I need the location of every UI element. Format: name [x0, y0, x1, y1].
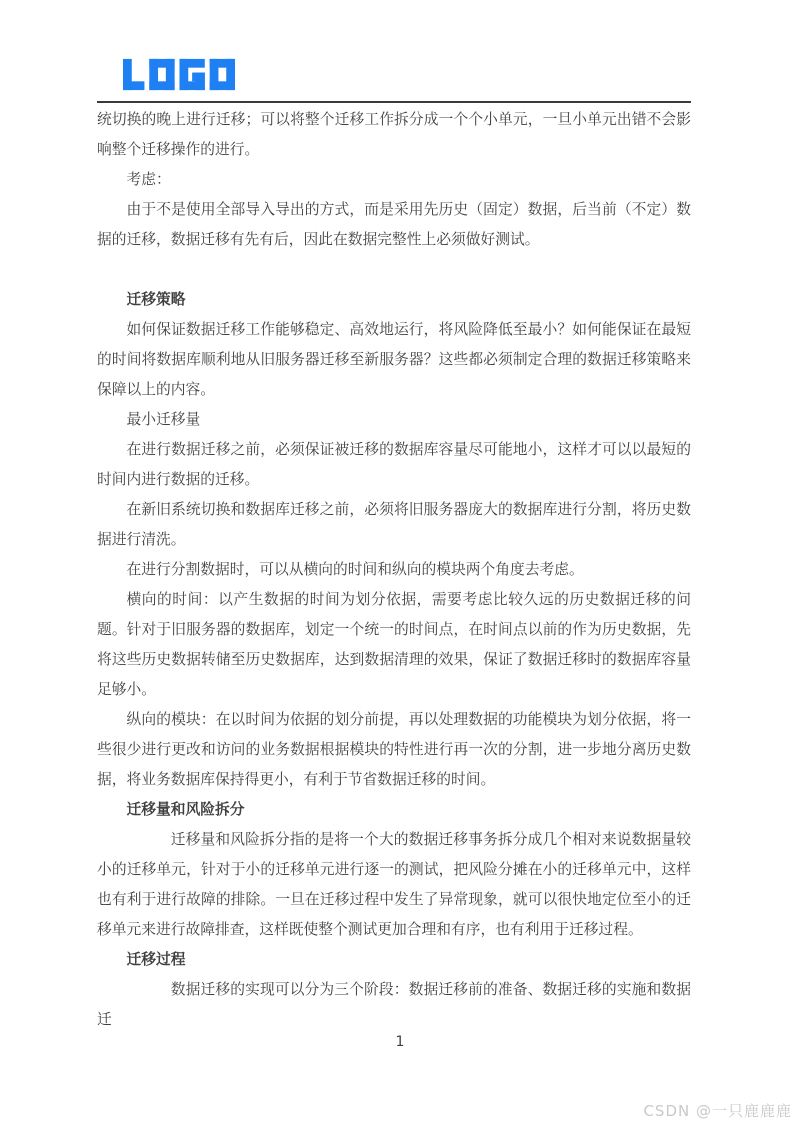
paragraph: 数据迁移的实现可以分为三个阶段：数据迁移前的准备、数据迁移的实施和数据迁	[97, 975, 691, 1035]
paragraph: 在新旧系统切换和数据库迁移之前，必须将旧服务器庞大的数据库进行分割，将历史数据进…	[97, 495, 691, 555]
section-heading: 迁移过程	[97, 945, 691, 975]
paragraph: 由于不是使用全部导入导出的方式，而是采用先历史（固定）数据，后当前（不定）数据的…	[97, 195, 691, 255]
logo	[123, 58, 691, 98]
paragraph: 在进行数据迁移之前，必须保证被迁移的数据库容量尽可能地小，这样才可以以最短的时间…	[97, 435, 691, 495]
section-heading: 迁移量和风险拆分	[97, 795, 691, 825]
document-page: 统切换的晚上进行迁移；可以将整个迁移工作拆分成一个个小单元，一旦小单元出错不会影…	[0, 0, 800, 1132]
document-body: 统切换的晚上进行迁移；可以将整个迁移工作拆分成一个个小单元，一旦小单元出错不会影…	[97, 105, 691, 1035]
logo-graphic	[123, 58, 235, 91]
page-number: 1	[0, 1030, 800, 1054]
paragraph: 纵向的模块：在以时间为依据的划分前提，再以处理数据的功能模块为划分依据，将一些很…	[97, 705, 691, 795]
paragraph: 统切换的晚上进行迁移；可以将整个迁移工作拆分成一个个小单元，一旦小单元出错不会影…	[97, 105, 691, 165]
paragraph: 最小迁移量	[97, 405, 691, 435]
blank-line	[97, 255, 691, 285]
paragraph: 迁移量和风险拆分指的是将一个大的数据迁移事务拆分成几个相对来说数据量较小的迁移单…	[97, 825, 691, 945]
header-rule	[97, 101, 691, 103]
page-content: 统切换的晚上进行迁移；可以将整个迁移工作拆分成一个个小单元，一旦小单元出错不会影…	[97, 58, 691, 1035]
paragraph: 在进行分割数据时，可以从横向的时间和纵向的模块两个角度去考虑。	[97, 555, 691, 585]
section-heading: 迁移策略	[97, 285, 691, 315]
paragraph: 横向的时间：以产生数据的时间为划分依据，需要考虑比较久远的历史数据迁移的问题。针…	[97, 585, 691, 705]
watermark: CSDN @一只鹿鹿鹿	[643, 1100, 792, 1121]
paragraph: 如何保证数据迁移工作能够稳定、高效地运行，将风险降低至最小？如何能保证在最短的时…	[97, 315, 691, 405]
paragraph: 考虑：	[97, 165, 691, 195]
